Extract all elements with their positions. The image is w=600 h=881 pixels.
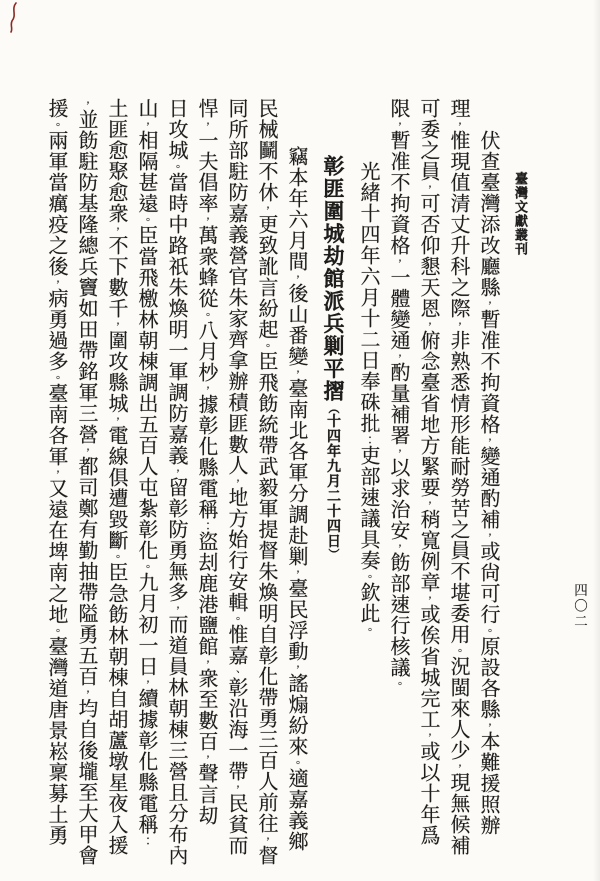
collection-title: 臺灣文獻叢刊	[510, 172, 529, 256]
text-columns: 伏查臺灣添改廳縣，暫准不拘資格，變通酌補，或尙可行。原設各縣，本難援照辦理，惟現…	[42, 98, 504, 881]
text-column: 限，暫准不拘資格，一體變通，酌量補署，以求治安，飭部速行核議。	[384, 98, 414, 881]
text-column: 光緒十四年六月十二日奉硃批：吏部速議具奏。欽此。	[354, 98, 384, 881]
page-number: 四〇二	[569, 583, 589, 630]
text-column: 理，惟現值清丈升科之際，非熟悉情形能耐勞苦之員不堪委用。況閩來人少，現無候補	[444, 98, 474, 881]
text-column: 山，相隔甚遠。臣當飛檄林朝棟調出五百人屯紮彰化。九月初一日，續據彰化縣電稱：	[132, 98, 162, 881]
text-column: 援。兩軍當癘疫之後，病勇過多。臺南各軍，又遠在埤南之地。臺灣道唐景崧稟募土勇	[42, 98, 72, 881]
scanned-page: 臺灣文獻叢刊 四〇二 伏查臺灣添改廳縣，暫准不拘資格，變通酌補，或尙可行。原設各…	[0, 0, 600, 881]
red-margin-mark	[7, 2, 21, 34]
text-column: 同所部駐防嘉義營官朱家齊拿辦積匪數人，地方始行安輯。惟嘉、彰沿海一帶，民貧而	[222, 98, 252, 881]
text-column: 日攻城。當時中路祇朱煥明一軍調防嘉義，留彰防勇無多，而道員林朝棟三營且分布內	[162, 98, 192, 881]
text-column: 土匪愈聚愈衆，不下數千，圍攻縣城，電線俱遭毀斷。臣急飭林朝棟自胡蘆墩星夜入援	[102, 98, 132, 881]
text-column: ，並飭駐防基隆總兵竇如田帶銘軍三營，都司鄭有勤抽帶隘勇五百，均自後壠至大甲會	[72, 98, 102, 881]
text-column: 竊本年六月間，後山番變，臺南北各軍分調赴剿，臺民浮動，謠煽紛來。適嘉義鄉	[282, 98, 312, 881]
text-column: 悍，一夫倡率，萬衆蜂從。八月杪，據彰化縣電稱：盜刦鹿港鹽館，衆至數百，聲言刧	[192, 98, 222, 881]
text-column: 伏查臺灣添改廳縣，暫准不拘資格，變通酌補，或尙可行。原設各縣，本難援照辦	[474, 98, 504, 881]
document-title-column: 彰匪圍城劫館派兵剿平摺（十四年九月二十四日）	[318, 98, 348, 881]
text-column: 可委之員，可否仰懇天恩，俯念臺省地方緊要，稍寬例章，或俟省城完工，或以十年爲	[414, 98, 444, 881]
text-column: 民械鬭不休，更致訛言紛起。臣飛飭統帶武毅軍提督朱煥明自彰化帶勇三百人前往，督	[252, 98, 282, 881]
page-edge-shadow	[593, 0, 600, 881]
